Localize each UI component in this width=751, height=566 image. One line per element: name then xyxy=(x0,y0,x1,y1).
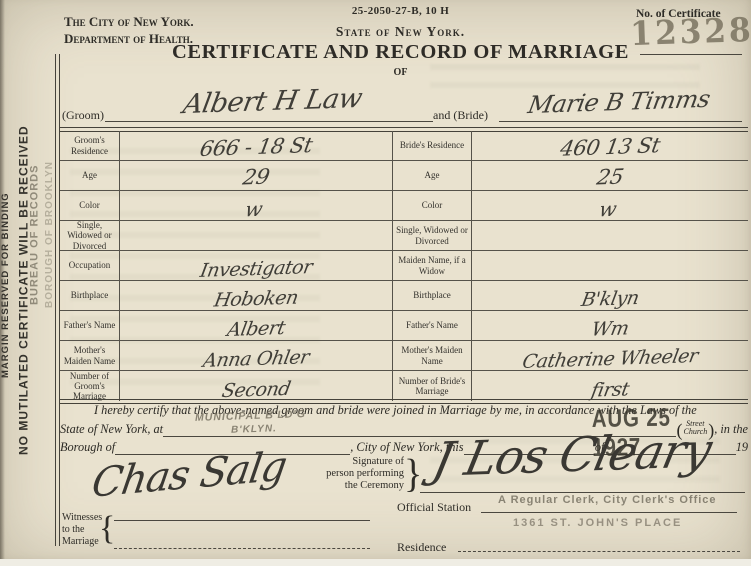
row-label: Age xyxy=(392,161,472,191)
row-value: 29 xyxy=(120,161,392,191)
row-value xyxy=(120,221,392,251)
row-value: Hoboken xyxy=(120,281,392,311)
row-label: Number of Groom's Marriage xyxy=(60,371,120,401)
witnesses-label-line3: Marriage xyxy=(62,536,102,548)
witnesses-label-line2: to the xyxy=(62,524,102,536)
row-value xyxy=(472,251,748,281)
residence-line xyxy=(458,551,740,552)
row-label: Single, Widowed or Divorced xyxy=(60,221,120,251)
groom-name-line xyxy=(105,121,433,122)
residence-label: Residence xyxy=(397,540,446,555)
row-value: Investigator xyxy=(120,251,392,281)
row-value: Anna Ohler xyxy=(120,341,392,371)
row-value: Catherine Wheeler xyxy=(472,341,748,371)
witness-line-1 xyxy=(114,520,370,521)
row-value: Second xyxy=(120,371,392,401)
row-label: Birthplace xyxy=(60,281,120,311)
marriage-details-table: Groom's Residence 666 - 18 St Bride's Re… xyxy=(60,131,748,401)
row-label: Single, Widowed or Divorced xyxy=(392,221,472,251)
performer-label-line3: the Ceremony xyxy=(318,480,404,492)
performer-signature-line xyxy=(420,492,745,493)
row-label: Bride's Residence xyxy=(392,131,472,161)
certificate-number-stamp: 12328 xyxy=(630,10,751,53)
row-value: Wm xyxy=(472,311,748,341)
handwritten-value: w xyxy=(117,193,395,225)
row-label: Color xyxy=(392,191,472,221)
witnesses-brace: { xyxy=(99,510,115,548)
official-station-label: Official Station xyxy=(397,500,471,515)
row-value: B'klyn xyxy=(472,281,748,311)
groom-label: (Groom) xyxy=(62,108,104,123)
row-label: Mother's Maiden Name xyxy=(392,341,472,371)
certificate-number-line xyxy=(640,54,742,55)
row-value: first xyxy=(472,371,748,401)
row-label: Occupation xyxy=(60,251,120,281)
certification-line2-prefix: State of New York, at xyxy=(60,422,163,437)
certificate-document: MARGIN RESERVED FOR BINDING NO MUTILATED… xyxy=(0,0,751,566)
performer-signature-handwriting: J Los Cleary xyxy=(392,422,751,490)
performer-label-line2: person performing xyxy=(318,468,404,480)
performer-label-line1: Signature of xyxy=(318,456,404,468)
margin-binding-notice: MARGIN RESERVED FOR BINDING xyxy=(0,55,12,515)
title-of-word: OF xyxy=(60,67,741,78)
regular-clerk-stamp: A Regular Clerk, City Clerk's Office xyxy=(498,494,717,506)
bride-label: and (Bride) xyxy=(433,108,488,123)
row-label: Number of Bride's Marriage xyxy=(392,371,472,401)
witnesses-label-line1: Witnesses xyxy=(62,512,102,524)
handwritten-value: 666 - 18 St xyxy=(117,132,395,165)
row-label: Birthplace xyxy=(392,281,472,311)
row-value xyxy=(472,221,748,251)
paper-bottom-edge xyxy=(0,559,751,566)
bride-name-handwriting: Marie B Timms xyxy=(491,84,748,121)
row-value: 666 - 18 St xyxy=(120,131,392,161)
row-label: Maiden Name, if a Widow xyxy=(392,251,472,281)
row-label: Groom's Residence xyxy=(60,131,120,161)
row-value: w xyxy=(120,191,392,221)
row-value: w xyxy=(472,191,748,221)
handwritten-value: w xyxy=(469,193,751,225)
handwritten-value: 460 13 St xyxy=(469,132,751,165)
row-label: Mother's Maiden Name xyxy=(60,341,120,371)
witness-line-2 xyxy=(114,548,370,549)
row-label: Father's Name xyxy=(392,311,472,341)
row-label: Color xyxy=(60,191,120,221)
row-value: 25 xyxy=(472,161,748,191)
certification-borough-label: Borough of xyxy=(60,440,115,455)
official-station-line xyxy=(481,512,737,513)
handwritten-value: 29 xyxy=(117,162,395,195)
handwritten-value: 25 xyxy=(469,162,751,195)
row-label: Father's Name xyxy=(60,311,120,341)
row-value: 460 13 St xyxy=(472,131,748,161)
groom-name-handwriting: Albert H Law xyxy=(111,81,434,123)
st-johns-place-stamp: 1361 ST. JOHN'S PLACE xyxy=(513,517,682,529)
row-label: Age xyxy=(60,161,120,191)
brooklyn-stamp: B'KLYN. xyxy=(231,423,277,436)
row-value: Albert xyxy=(120,311,392,341)
margin-mutilated-notice: NO MUTILATED CERTIFICATE WILL BE RECEIVE… xyxy=(15,55,32,525)
bride-name-line xyxy=(499,121,742,122)
